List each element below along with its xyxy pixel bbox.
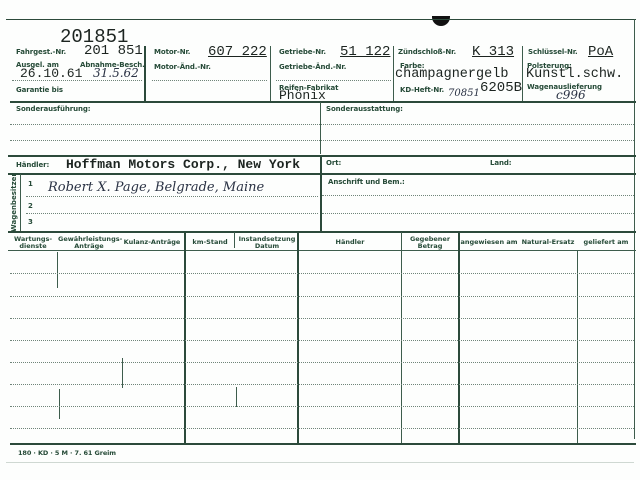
motor-label: Motor-Nr.	[154, 48, 190, 56]
divider	[270, 46, 271, 102]
table-row[interactable]	[10, 362, 634, 363]
bottom-border	[10, 443, 636, 445]
zuendschloss-value: K 313	[472, 44, 514, 60]
divider	[10, 101, 146, 103]
schluessel-value: PoA	[588, 44, 613, 60]
zuendschloss-label: Zündschloß-Nr.	[398, 48, 456, 56]
fahrgest-label: Fahrgest.-Nr.	[16, 48, 66, 56]
kd-heft-label: KD-Heft-Nr.	[400, 86, 444, 94]
owner-row-number: 2	[28, 202, 33, 210]
owner-row-value: Robert X. Page, Belgrade, Maine	[48, 180, 264, 195]
sonderausstattung-label: Sonderausstattung:	[326, 105, 403, 113]
column-divider	[57, 252, 58, 288]
sonderausfuehrung-label: Sonderausführung:	[16, 105, 90, 113]
table-row[interactable]	[10, 273, 634, 274]
column-divider	[59, 389, 60, 419]
right-border	[634, 19, 635, 439]
divider	[320, 156, 322, 232]
abnahme-value: 31.5.62	[93, 66, 139, 80]
owner-row-number: 1	[28, 180, 33, 188]
dotted-line	[10, 140, 634, 141]
column-divider	[458, 232, 460, 444]
motor-value: 607 222	[208, 44, 267, 60]
column-divider	[577, 250, 578, 444]
haendler-value: Hoffman Motors Corp., New York	[66, 157, 300, 172]
top-border	[6, 19, 636, 20]
getriebe-aend-label: Getriebe-Änd.-Nr.	[279, 63, 346, 71]
card-bottom-edge	[6, 462, 634, 463]
getriebe-label: Getriebe-Nr.	[279, 48, 326, 56]
dotted-line	[276, 80, 391, 81]
col-header-kulanz: Kulanz-Anträge	[122, 239, 182, 246]
table-header-rule	[8, 250, 636, 251]
wagenauslieferung-value: c996	[556, 88, 586, 102]
divider	[146, 101, 636, 103]
column-divider	[401, 232, 402, 444]
col-header-instandsetzung: Instandsetzung Datum	[236, 236, 298, 250]
column-divider	[297, 232, 299, 444]
anschrift-label: Anschrift und Bem.:	[328, 178, 405, 186]
ausgel-value: 26.10.61	[20, 66, 82, 81]
getriebe-value: 51 122	[340, 44, 390, 60]
divider	[393, 46, 394, 102]
dotted-line	[12, 80, 142, 81]
dotted-line	[26, 213, 318, 214]
punch-hole-icon	[432, 16, 450, 26]
garantie-label: Garantie bis	[16, 86, 63, 94]
table-row[interactable]	[10, 318, 634, 319]
divider	[144, 46, 146, 103]
dotted-line	[322, 195, 634, 196]
table-row[interactable]	[10, 406, 634, 407]
table-row[interactable]	[10, 340, 634, 341]
column-divider	[184, 232, 186, 444]
haendler-label: Händler:	[16, 161, 49, 169]
table-row[interactable]	[10, 384, 634, 385]
col-header-haendler: Händler	[300, 239, 400, 246]
col-header-wartung: Wartungs-dienste	[12, 236, 54, 250]
motor-aend-label: Motor-Änd.-Nr.	[154, 63, 211, 71]
dotted-line	[10, 124, 634, 125]
vehicle-record-card: 201851 Fahrgest.-Nr. 201 851 Ausgel. am …	[0, 0, 640, 480]
column-divider	[234, 232, 235, 248]
col-header-gewaehrleistung: Gewährleistungs-Anträge	[58, 236, 120, 250]
divider	[320, 102, 321, 154]
schluessel-label: Schlüssel-Nr.	[528, 48, 578, 56]
divider	[8, 173, 636, 175]
land-label: Land:	[490, 159, 511, 167]
dotted-line	[322, 213, 634, 214]
table-row[interactable]	[10, 428, 634, 429]
dotted-line	[26, 196, 318, 197]
dotted-line	[152, 80, 267, 81]
col-header-angewiesen: angewiesen am	[458, 239, 520, 246]
fahrgest-value: 201 851	[84, 43, 143, 59]
wagenbesitzer-label: Wagenbesitzer	[10, 173, 18, 232]
print-code: 180 · KD · 5 M · 7. 61 Greim	[18, 449, 116, 457]
ort-label: Ort:	[326, 159, 341, 167]
divider	[20, 174, 21, 232]
divider	[8, 231, 636, 233]
col-header-km-stand: km-Stand	[186, 239, 234, 246]
kd-heft-value: 6205B	[480, 80, 522, 96]
table-row[interactable]	[10, 296, 634, 297]
col-header-betrag: Gegebener Betrag	[402, 236, 458, 250]
col-header-geliefert: geliefert am	[578, 239, 634, 246]
column-divider	[236, 387, 237, 407]
kd-heft-handwritten: 70851	[448, 88, 480, 99]
col-header-natural-ersatz: Natural-Ersatz	[520, 239, 576, 246]
divider	[522, 46, 523, 102]
owner-row-number: 3	[28, 218, 33, 226]
polsterung-value: Kunstl.schw.	[526, 67, 623, 82]
